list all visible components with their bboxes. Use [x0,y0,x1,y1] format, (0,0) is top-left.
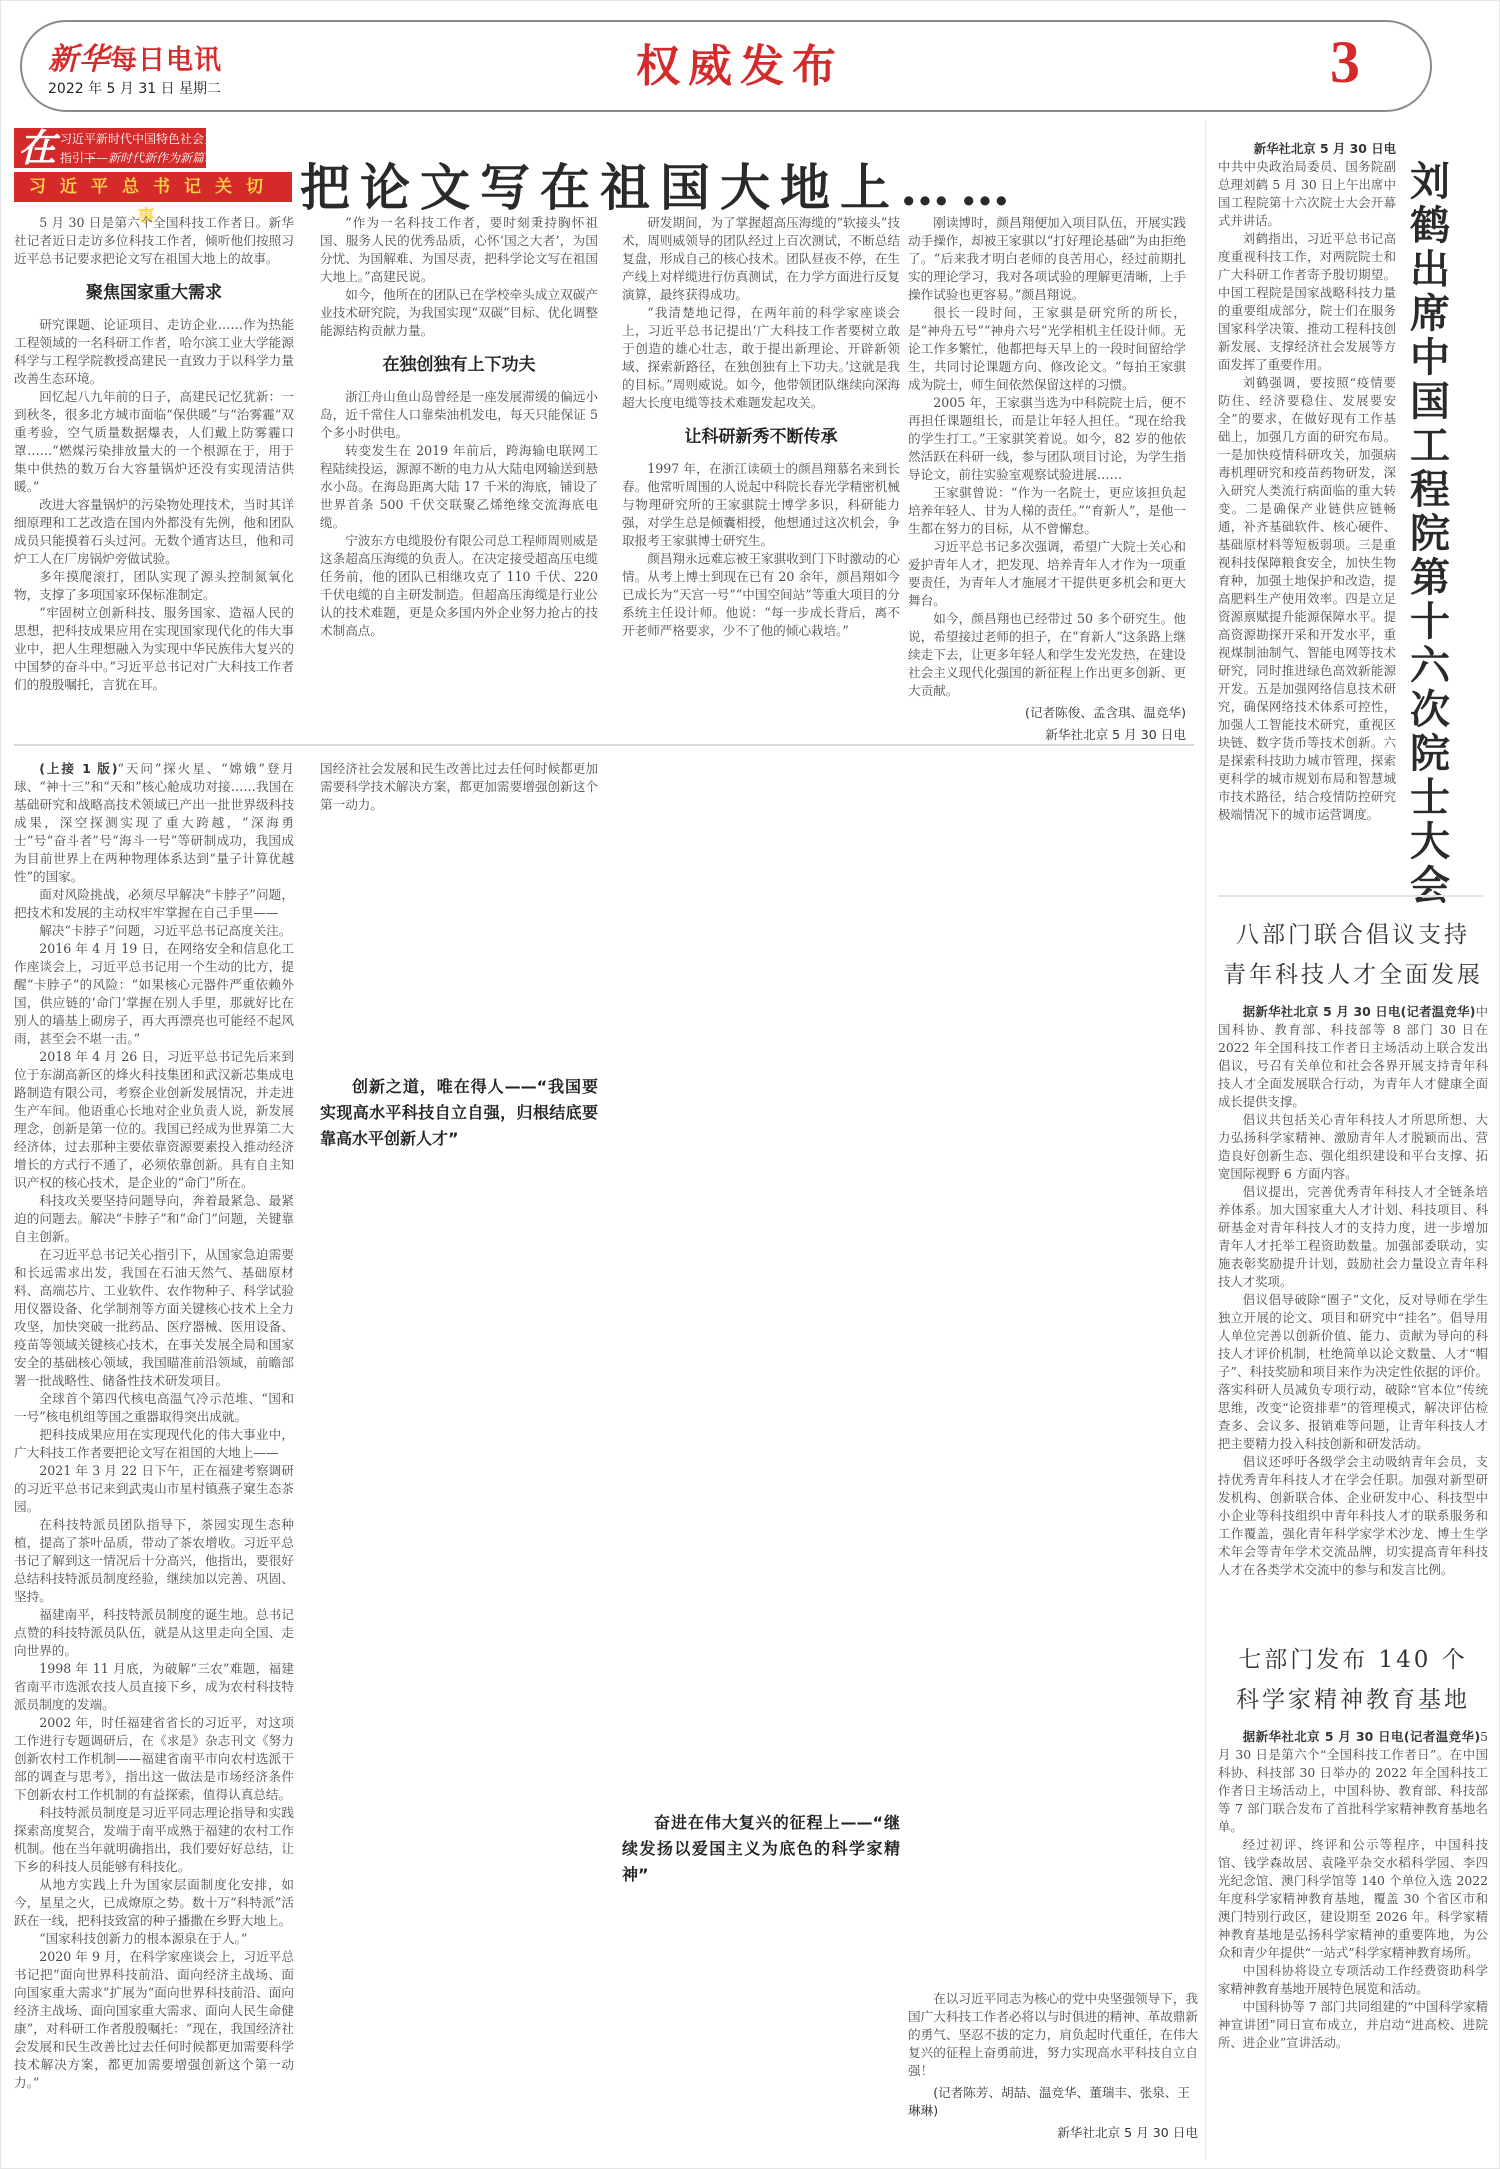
section-heading: 聚焦国家重大需求 [14,284,294,302]
byline: (记者陈芳、胡喆、温竞华、董瑞丰、张泉、王琳琳) [908,2084,1198,2120]
paragraph: 研发期间，为了掌握超高压海缆的“软接头”技术，周则威领导的团队经过上百次测试，不… [622,214,900,304]
series-banner: 在 习近平新时代中国特色社会主义思想 指引下 ——新时代新作为新篇章 [14,128,206,168]
paragraph: “作为一名科技工作者，要时刻秉持胸怀祖国、服务人民的优秀品质，心怀‘国之大者’，… [320,214,598,286]
paragraph: 倡议还呼吁各级学会主动吸纳青年会员，支持优秀青年科技人才在学会任职。加强对新型研… [1218,1453,1488,1579]
paragraph: 如今，颜昌翔也已经带过 50 多个研究生。他说，希望接过老师的担子，在“育新人”… [908,610,1186,700]
lede: 5 月 30 日是第六个全国科技工作者日。新华社记者近日走访多位科技工作者，倾听… [14,214,294,268]
headline-line-1: 八部门联合倡议支持 [1218,915,1488,955]
paragraph: 科技特派员制度是习近平同志理论指导和实践探索高度契合，发端于南平成熟于福建的农村… [14,1804,294,1876]
main-article-col-4: 刚读博时，颜昌翔便加入项目队伍，开展实践动手操作，却被王家骐以“打好理论基础”为… [908,214,1186,744]
divider [14,744,1194,746]
newspaper-logo: 新华每日电讯 [48,34,222,78]
series-big-char: 在 [18,128,56,168]
paragraph: 2020 年 9 月，在科学家座谈会上，习近平总书记把“面向世界科技前沿、面向经… [14,1948,294,2092]
paragraph: 面对风险挑战，必须尽早解决“卡脖子”问题，把技术和发展的主动权牢牢掌握在自己手里… [14,886,294,922]
paragraph: 刚读博时，颜昌翔便加入项目队伍，开展实践动手操作，却被王家骐以“打好理论基础”为… [908,214,1186,304]
paragraph: 全球首个第四代核电高温气冷示范堆、“国和一号”核电机组等国之重器取得突出成就。 [14,1390,294,1426]
paragraph: 2016 年 4 月 19 日，在网络安全和信息化工作座谈会上，习近平总书记用一… [14,940,294,1048]
paragraph: 2005 年，王家骐当选为中科院院士后，便不再担任课题组长，而是让年轻人担任。“… [908,394,1186,484]
main-article-col-3: 研发期间，为了掌握超高压海缆的“软接头”技术，周则威领导的团队经过上百次测试，不… [622,214,900,640]
paragraph: 中共中央政治局委员、国务院副总理刘鹤 5 月 30 日上午出席中国工程院第十六次… [1218,158,1396,230]
paragraph: 把科技成果应用在实现现代化的伟大事业中，广大科技工作者要把论文写在祖国的大地上—… [14,1426,294,1462]
sidebar-seven-depts: 七部门发布 140 个 科学家精神教育基地 据新华社北京 5 月 30 日电(记… [1218,1630,1488,2052]
subhead: 奋进在伟大复兴的征程上——“继续发扬以爱国主义为底色的科学家精神” [622,1810,900,1888]
paragraph: 倡议倡导破除“圈子”文化，反对导师在学生独立开展的论文、项目和研究中“挂名”。倡… [1218,1291,1488,1453]
paragraph: 中国科协等 7 部门共同组建的“中国科学家精神宣讲团”同日宣布成立，并启动“进高… [1218,1998,1488,2052]
paragraph: 倡议共包括关心青年科技人才所思所想、大力弘扬科学家精神、激励青年人才脱颖而出、营… [1218,1111,1488,1183]
continued-col-1: (上接 1 版)“天问”探火星、“嫦娥”登月球、“神十三”和“天和”核心舱成功对… [14,760,294,2160]
paragraph: 在科技特派员团队指导下，茶园实现生态种植，提高了茶叶品质，带动了茶农增收。习近平… [14,1516,294,1606]
continued-label: (上接 1 版) [39,761,117,776]
paragraph: 颜昌翔永远难忘被王家骐收到门下时激动的心情。从考上博士到现在已有 20 余年，颜… [622,550,900,640]
paragraph: 解决“卡脖子”问题，习近平总书记高度关注。 [14,922,294,940]
paragraph: 2021 年 3 月 22 日下午，正在福建考察调研的习近平总书记来到武夷山市星… [14,1462,294,1516]
paragraph: 福建南平，科技特派员制度的诞生地。总书记点赞的科技特派员队伍，就是从这里走向全国… [14,1606,294,1660]
dateline: 新华社北京 5 月 30 日电 [908,726,1186,744]
continued-col-4: 在以习近平同志为核心的党中央坚强领导下，我国广大科技工作者必将以与时俱进的精神、… [908,1990,1198,2142]
sidebar-eight-depts: 八部门联合倡议支持 青年科技人才全面发展 据新华社北京 5 月 30 日电(记者… [1218,905,1488,1579]
paragraph: 在习近平总书记关心指引下，从国家急迫需要和长远需求出发，我国在石油天然气、基础原… [14,1246,294,1390]
page-number: 3 [1330,28,1360,97]
sidebar-headline: 八部门联合倡议支持 青年科技人才全面发展 [1218,915,1488,995]
sidebar-headline: 七部门发布 140 个 科学家精神教育基地 [1218,1640,1488,1720]
paragraph: 宁波东方电缆股份有限公司总工程师周则威是这条超高压海缆的负责人。在决定接受超高压… [320,532,598,640]
paragraph: 回忆起八九年前的日子，高建民记忆犹新：一到秋冬，很多北方城市面临“保供暖”与“治… [14,388,294,496]
paragraph: “国家科技创新力的根本源泉在于人。” [14,1930,294,1948]
paragraph: 中国科协将设立专项活动工作经费资助科学家精神教育基地开展特色展览和活动。 [1218,1962,1488,1998]
paragraph: 转变发生在 2019 年前后，跨海输电联网工程陆续投运，源源不断的电力从大陆电网… [320,442,598,532]
paragraph: 刘鹤指出，习近平总书记高度重视科技工作，对两院院士和广大科研工作者寄予殷切期望。… [1218,230,1396,374]
issue-date: 2022 年 5 月 31 日 星期二 [48,78,221,98]
paragraph: 国经济社会发展和民生改善比过去任何时候都更加需要科学技术解决方案，都更加需要增强… [320,760,598,814]
main-article-col-1: 5 月 30 日是第六个全国科技工作者日。新华社记者近日走访多位科技工作者，倾听… [14,214,294,694]
paragraph: 2018 年 4 月 26 日，习近平总书记先后来到位于东湖高新区的烽火科技集团… [14,1048,294,1192]
series-slogan: ——新时代新作为新篇章 [84,149,216,166]
dateline: 据新华社北京 5 月 30 日电(记者温竞华) [1243,1004,1476,1019]
dateline: 据新华社北京 5 月 30 日电(记者温竞华) [1243,1729,1480,1744]
paragraph: 科技攻关要坚持问题导向，奔着最紧急、最紧迫的问题去。解决“卡脖子”和“命门”问题… [14,1192,294,1246]
headline-line-2: 科学家精神教育基地 [1218,1680,1488,1720]
column-kicker: 习近平总书记关切事 [14,172,292,202]
main-article-col-2: “作为一名科技工作者，要时刻秉持胸怀祖国、服务人民的优秀品质，心怀‘国之大者’，… [320,214,598,640]
paragraph: “我清楚地记得，在两年前的科学家座谈会上，习近平总书记提出‘广大科技工作者要树立… [622,304,900,412]
paragraph: 中国科协、教育部、科技部等 8 部门 30 日在 2022 年全国科技工作者日主… [1218,1004,1488,1109]
continued-col-2: 2020 年 9 月，在科学家座谈会上，习近平总书记把“面向世界科技前沿、面向经… [320,760,598,1160]
headline-line-2: 青年科技人才全面发展 [1218,955,1488,995]
paragraph: 在以习近平同志为核心的党中央坚强领导下，我国广大科技工作者必将以与时俱进的精神、… [908,1990,1198,2080]
paragraph: 王家骐曾说：“作为一名院士，更应该担负起培养年轻人、甘为人梯的责任。”“育新人”… [908,484,1186,538]
paragraph: 浙江舟山鱼山岛曾经是一座发展滞缓的偏远小岛，近千常住人口靠柴油机发电，每天只能保… [320,388,598,442]
paragraph: 改进大容量锅炉的污染物处理技术，当时其详细原理和工艺改造在国内外都没有先例，他和… [14,496,294,568]
brand-name: 新华 [48,42,110,77]
section-heading: 在独创独有上下功夫 [320,356,598,374]
dateline: 新华社北京 5 月 30 日电 [908,2124,1198,2142]
paragraph: 很长一段时间，王家骐是研究所的所长，是“神舟五号”“神舟六号”光学相机主任设计师… [908,304,1186,394]
main-headline: 把论文写在祖国大地上…… [300,148,1060,220]
paragraph: 刘鹤强调，要按照“疫情要防住、经济要稳住、发展要安全”的要求，在做好现有工作基础… [1218,374,1396,824]
paragraph: 1998 年 11 月底，为破解“三农”难题，福建省南平市选派农技人员直接下乡，… [14,1660,294,1714]
paragraph: 如今，他所在的团队已在学校牵头成立双碳产业技术研究院，为我国实现“双碳”目标、优… [320,286,598,340]
sidebar-vertical-title: 刘鹤出席中国工程院第十六次院士大会 [1400,160,1460,908]
sidebar-liu-he: 新华社北京 5 月 30 日电 中共中央政治局委员、国务院副总理刘鹤 5 月 3… [1218,140,1396,824]
paragraph: 经过初评、终评和公示等程序，中国科技馆、钱学森故居、袁隆平杂交水稻科学园、李四光… [1218,1836,1488,1962]
paragraph: 多年摸爬滚打，团队实现了源头控制氮氧化物，支撑了多项国家环保标准制定。 [14,568,294,604]
paragraph: “天问”探火星、“嫦娥”登月球、“神十三”和“天和”核心舱成功对接……我国在基础… [14,761,294,884]
paragraph: 1997 年，在浙江读硕士的颜昌翔慕名来到长春。他常听周围的人说起中科院长春光学… [622,460,900,550]
series-line-1: 习近平新时代中国特色社会主义思想 [60,130,252,147]
byline: (记者陈俊、孟含琪、温竞华) [908,704,1186,722]
divider [1218,895,1483,897]
section-title: 权威发布 [440,30,1040,94]
headline-line-1: 七部门发布 140 个 [1218,1640,1488,1680]
continued-col-3: 奋进在伟大复兴的征程上——“继续发扬以爱国主义为底色的科学家精神” [622,1800,900,1896]
brand-subname: 每日电讯 [110,45,222,76]
dateline: 新华社北京 5 月 30 日电 [1218,140,1396,158]
subhead: 创新之道，唯在得人——“我国要实现高水平科技自立自强，归根结底要靠高水平创新人才… [320,1074,598,1152]
column-divider [1205,120,1206,2160]
paragraph: 习近平总书记多次强调，希望广大院士关心和爱护青年人才，把发现、培养青年人才作为一… [908,538,1186,610]
paragraph: 2002 年，时任福建省省长的习近平，对这项工作进行专题调研后，在《求是》杂志刊… [14,1714,294,1804]
paragraph: 研究课题、论证项目、走访企业……作为热能工程领域的一名科研工作者，哈尔滨工业大学… [14,316,294,388]
paragraph: 5 月 30 日是第六个“全国科技工作者日”。在中国科协、科技部 30 日举办的… [1218,1729,1488,1834]
paragraph: 从地方实践上升为国家层面制度化安排，如今，星星之火，已成燎原之势。数十万“科特派… [14,1876,294,1930]
paragraph: “牢固树立创新科技、服务国家、造福人民的思想，把科技成果应用在实现国家现代化的伟… [14,604,294,694]
section-heading: 让科研新秀不断传承 [622,428,900,446]
paragraph: 倡议提出，完善优秀青年科技人才全链条培养体系。加大国家重大人才计划、科技项目、科… [1218,1183,1488,1291]
